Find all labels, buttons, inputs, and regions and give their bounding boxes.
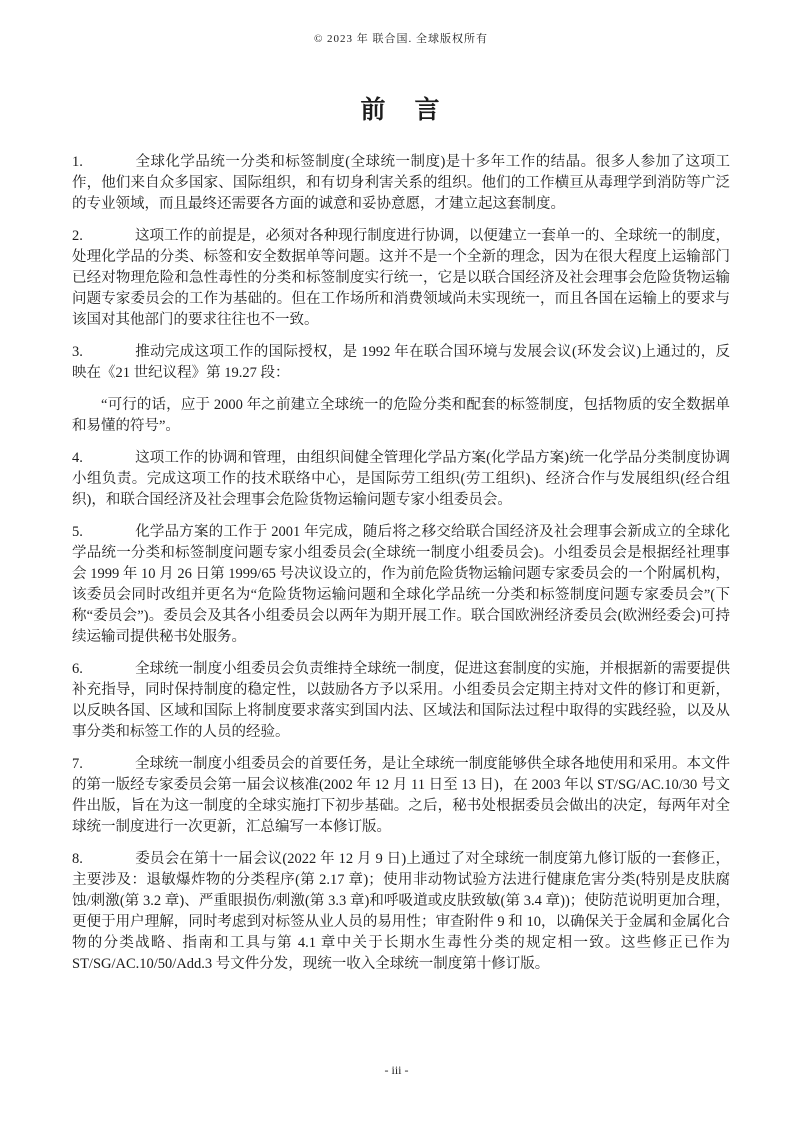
paragraph-8-text: 委员会在第十一届会议(2022 年 12 月 9 日)上通过了对全球统一制度第九… [72, 851, 730, 972]
paragraph-3-text: 推动完成这项工作的国际授权，是 1992 年在联合国环境与发展会议(环发会议)上… [72, 344, 730, 381]
paragraph-7: 7.全球统一制度小组委员会的首要任务，是让全球统一制度能够供全球各地使用和采用。… [72, 754, 730, 838]
paragraph-3: 3.推动完成这项工作的国际授权，是 1992 年在联合国环境与发展会议(环发会议… [72, 342, 730, 384]
paragraph-5: 5.化学品方案的工作于 2001 年完成，随后将之移交给联合国经济及社会理事会新… [72, 522, 730, 648]
paragraph-8: 8.委员会在第十一届会议(2022 年 12 月 9 日)上通过了对全球统一制度… [72, 849, 730, 975]
copyright-line: © 2023 年 联合国. 全球版权所有 [72, 30, 730, 46]
paragraph-2: 2.这项工作的前提是，必须对各种现行制度进行协调，以便建立一套单一的、全球统一的… [72, 226, 730, 331]
paragraph-1-number: 1. [72, 152, 135, 173]
paragraph-1-text: 全球化学品统一分类和标签制度(全球统一制度)是十多年工作的结晶。很多人参加了这项… [72, 154, 730, 212]
paragraph-2-text: 这项工作的前提是，必须对各种现行制度进行协调，以便建立一套单一的、全球统一的制度… [72, 228, 730, 328]
paragraph-8-number: 8. [72, 849, 135, 870]
paragraph-3-number: 3. [72, 342, 135, 363]
paragraph-4-number: 4. [72, 448, 135, 469]
paragraph-6-text: 全球统一制度小组委员会负责维持全球统一制度，促进这套制度的实施，并根据新的需要提… [72, 661, 730, 740]
page-title: 前 言 [72, 90, 730, 126]
paragraph-4: 4.这项工作的协调和管理，由组织间健全管理化学品方案(化学品方案)统一化学品分类… [72, 448, 730, 511]
paragraph-4-text: 这项工作的协调和管理，由组织间健全管理化学品方案(化学品方案)统一化学品分类制度… [72, 450, 730, 508]
paragraph-1: 1.全球化学品统一分类和标签制度(全球统一制度)是十多年工作的结晶。很多人参加了… [72, 152, 730, 215]
paragraph-7-text: 全球统一制度小组委员会的首要任务，是让全球统一制度能够供全球各地使用和采用。本文… [72, 756, 730, 835]
paragraph-2-number: 2. [72, 226, 135, 247]
paragraph-6: 6.全球统一制度小组委员会负责维持全球统一制度，促进这套制度的实施，并根据新的需… [72, 659, 730, 743]
paragraph-7-number: 7. [72, 754, 135, 775]
paragraph-5-text: 化学品方案的工作于 2001 年完成，随后将之移交给联合国经济及社会理事会新成立… [72, 524, 730, 645]
paragraph-6-number: 6. [72, 659, 135, 680]
paragraph-5-number: 5. [72, 522, 135, 543]
document-page: © 2023 年 联合国. 全球版权所有 前 言 1.全球化学品统一分类和标签制… [0, 0, 793, 1122]
page-number: - iii - [0, 1063, 793, 1078]
quote-paragraph: “可行的话，应于 2000 年之前建立全球统一的危险分类和配套的标签制度，包括物… [72, 395, 730, 437]
